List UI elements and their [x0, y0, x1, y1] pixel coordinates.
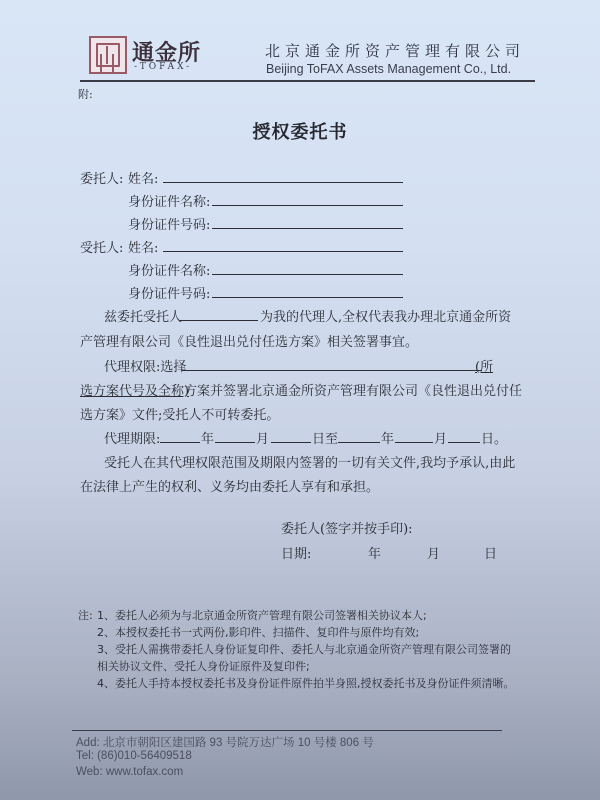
agent-appointee-field[interactable] — [180, 320, 258, 321]
principal-name-field[interactable] — [163, 182, 403, 183]
agent-id-number-label: 身份证件号码: — [128, 283, 210, 302]
start-day-field[interactable] — [271, 442, 311, 443]
agent-id-type-field[interactable] — [212, 274, 403, 275]
note-item-1: 1、委托人必须为与北京通金所资产管理有限公司签署相关协议本人; — [97, 607, 427, 623]
note-item-3: 3、受托人需携带委托人身份证复印件、委托人与北京通金所资产管理有限公司签署的 — [97, 641, 511, 657]
signature-date-label: 日期: — [281, 543, 311, 562]
document-title: 授权委托书 — [0, 118, 600, 144]
selected-plan-field[interactable] — [182, 370, 482, 371]
period-month-2: 月 — [434, 428, 447, 447]
signature-label: 委托人(签字并按手印): — [281, 518, 413, 537]
authorization-letter-page: 通金所 -TOFAX- 北京通金所资产管理有限公司 Beijing ToFAX … — [0, 0, 600, 800]
para1-prefix: 兹委托受托人 — [104, 306, 182, 325]
note-item-2: 2、本授权委托书一式两份,影印件、扫描件、复印件与原件均有效; — [97, 624, 419, 640]
period-day-to: 日至 — [312, 428, 338, 447]
principal-id-number-label: 身份证件号码: — [128, 214, 210, 233]
company-name-cn: 北京通金所资产管理有限公司 — [265, 40, 525, 61]
logo-english-name: -TOFAX- — [134, 62, 192, 72]
para4-line2: 在法律上产生的权利、义务均由委托人享有和承担。 — [80, 476, 379, 495]
agent-name-label: 姓名: — [128, 237, 158, 256]
agent-name-field[interactable] — [163, 251, 403, 252]
para2-paren-open: (所 — [475, 356, 493, 375]
end-month-field[interactable] — [395, 442, 433, 443]
footer-web: Web: www.tofax.com — [76, 766, 183, 778]
para1-suffix: 为我的代理人,全权代表我办理北京通金所资 — [260, 306, 511, 325]
header-divider — [80, 80, 535, 82]
signature-day: 日 — [484, 543, 497, 562]
principal-id-number-field[interactable] — [212, 228, 403, 229]
period-year-1: 年 — [201, 428, 214, 447]
footer-tel: Tel: (86)010-56409518 — [76, 750, 192, 762]
agent-id-type-label: 身份证件名称: — [128, 260, 210, 279]
footer-address: Add: 北京市朝阳区建国路 93 号院万达广场 10 号楼 806 号 — [76, 734, 374, 750]
para4-line1: 受托人在其代理权限范围及期限内签署的一切有关文件,我均予承认,由此 — [104, 452, 515, 471]
start-month-field[interactable] — [215, 442, 255, 443]
signature-month: 月 — [427, 543, 440, 562]
para2-line3: 选方案》文件;受托人不可转委托。 — [80, 404, 279, 423]
note-item-3-cont: 相关协议文件、受托人身份证原件及复印件; — [97, 658, 310, 674]
para2-prefix: 代理权限:选择 — [104, 356, 186, 375]
company-name-en: Beijing ToFAX Assets Management Co., Ltd… — [266, 62, 511, 76]
para2-rest: 方案并签署北京通金所资产管理有限公司《良性退出兑付任 — [184, 380, 522, 399]
notes-prefix: 注: — [78, 607, 93, 623]
period-year-2: 年 — [381, 428, 394, 447]
start-year-field[interactable] — [160, 442, 200, 443]
signature-year: 年 — [368, 543, 381, 562]
note-item-4: 4、委托人手持本授权委托书及身份证件原件拍半身照,授权委托书及身份证件须清晰。 — [97, 675, 515, 691]
para2-underlined: 选方案代号及全称) — [80, 380, 189, 399]
principal-id-type-label: 身份证件名称: — [128, 191, 210, 210]
tofax-logo-icon — [89, 36, 127, 74]
para1-line2: 产管理有限公司《良性退出兑付任选方案》相关签署事宜。 — [80, 331, 418, 350]
agent-id-number-field[interactable] — [212, 297, 403, 298]
end-year-field[interactable] — [338, 442, 380, 443]
period-label: 代理期限: — [104, 428, 160, 447]
attachment-label: 附: — [78, 86, 93, 102]
footer-divider — [72, 730, 502, 731]
principal-id-type-field[interactable] — [212, 205, 403, 206]
end-day-field[interactable] — [448, 442, 480, 443]
principal-name-label: 姓名: — [128, 168, 158, 187]
period-month-1: 月 — [256, 428, 269, 447]
principal-role-label: 委托人: — [80, 168, 123, 187]
agent-role-label: 受托人: — [80, 237, 123, 256]
period-day-end: 日。 — [481, 428, 507, 447]
